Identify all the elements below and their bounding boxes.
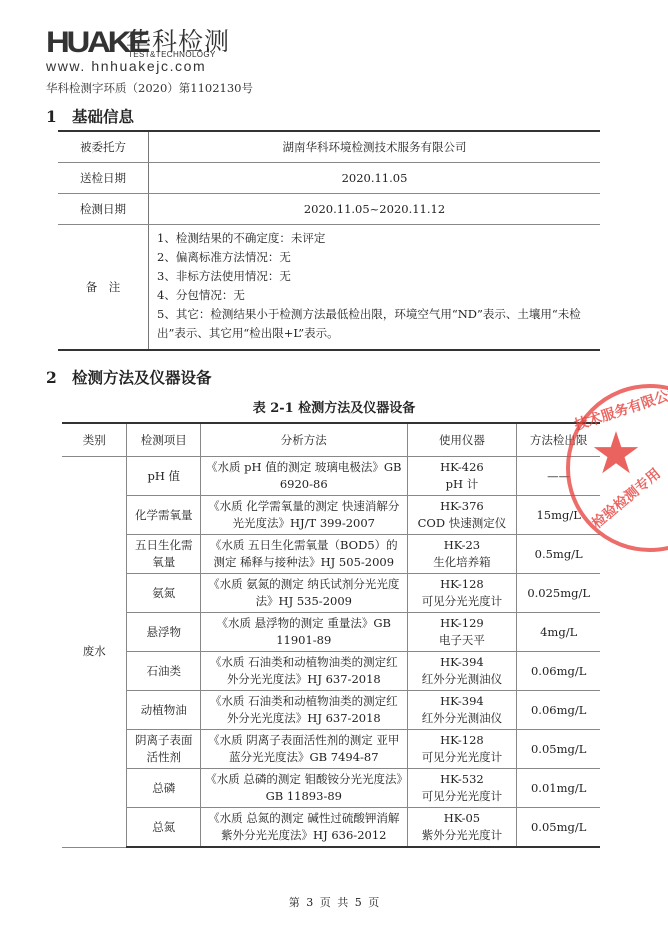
method-cell: 《水质 阴离子表面活性剂的测定 亚甲蓝分光光度法》GB 7494-87 xyxy=(201,730,408,769)
instrument-name: COD 快速测定仪 xyxy=(412,515,513,532)
column-header: 使用仪器 xyxy=(407,423,517,457)
section-number: 1 xyxy=(46,107,72,126)
instrument-id: HK-128 xyxy=(412,732,513,749)
instrument-name: 紫外分光光度计 xyxy=(412,827,513,844)
limit-cell: 0.5mg/L xyxy=(517,535,600,574)
instrument-id: HK-394 xyxy=(412,654,513,671)
item-cell: 氨氮 xyxy=(127,574,201,613)
row-label: 检测日期 xyxy=(58,194,149,225)
item-cell: 动植物油 xyxy=(127,691,201,730)
section-1-heading: 1基础信息 xyxy=(46,105,134,127)
method-cell: 《水质 悬浮物的测定 重量法》GB 11901-89 xyxy=(201,613,408,652)
note-item: 2、偏离标准方法情况：无 xyxy=(157,248,592,267)
instrument-id: HK-05 xyxy=(412,810,513,827)
method-cell: 《水质 石油类和动植物油类的测定红外分光光度法》HJ 637-2018 xyxy=(201,652,408,691)
instrument-name: 可见分光光度计 xyxy=(412,593,513,610)
instrument-cell: HK-128可见分光光度计 xyxy=(407,574,517,613)
method-cell: 《水质 总氮的测定 碱性过硫酸钾消解紫外分光光度法》HJ 636-2012 xyxy=(201,808,408,848)
section-number: 2 xyxy=(46,368,72,387)
instrument-cell: HK-426pH 计 xyxy=(407,457,517,496)
section-title: 检测方法及仪器设备 xyxy=(72,368,212,387)
table-row: 五日生化需氧量 《水质 五日生化需氧量（BOD5）的测定 稀释与接种法》HJ 5… xyxy=(62,535,600,574)
method-cell: 《水质 化学需氧量的测定 快速消解分光光度法》HJ/T 399-2007 xyxy=(201,496,408,535)
instrument-name: pH 计 xyxy=(412,476,513,493)
row-label: 被委托方 xyxy=(58,131,149,163)
instrument-name: 可见分光光度计 xyxy=(412,749,513,766)
limit-cell: 0.025mg/L xyxy=(517,574,600,613)
method-cell: 《水质 氨氮的测定 纳氏试剂分光光度法》HJ 535-2009 xyxy=(201,574,408,613)
method-cell: 《水质 石油类和动植物油类的测定红外分光光度法》HJ 637-2018 xyxy=(201,691,408,730)
limit-cell: 0.06mg/L xyxy=(517,691,600,730)
note-item: 3、非标方法使用情况：无 xyxy=(157,267,592,286)
item-cell: 化学需氧量 xyxy=(127,496,201,535)
table-header-row: 类别 检测项目 分析方法 使用仪器 方法检出限 xyxy=(62,423,600,457)
table-row: 总氮 《水质 总氮的测定 碱性过硫酸钾消解紫外分光光度法》HJ 636-2012… xyxy=(62,808,600,848)
instrument-cell: HK-394红外分光测油仪 xyxy=(407,652,517,691)
website-url: www. hnhuakejc.com xyxy=(46,58,206,74)
note-item: 4、分包情况：无 xyxy=(157,286,592,305)
limit-cell: 0.01mg/L xyxy=(517,769,600,808)
method-cell: 《水质 五日生化需氧量（BOD5）的测定 稀释与接种法》HJ 505-2009 xyxy=(201,535,408,574)
instrument-cell: HK-23生化培养箱 xyxy=(407,535,517,574)
item-cell: 阴离子表面活性剂 xyxy=(127,730,201,769)
table-row: 总磷 《水质 总磷的测定 钼酸铵分光光度法》GB 11893-89 HK-532… xyxy=(62,769,600,808)
method-cell: 《水质 总磷的测定 钼酸铵分光光度法》GB 11893-89 xyxy=(201,769,408,808)
table-row-notes: 备 注 1、检测结果的不确定度：未评定 2、偏离标准方法情况：无 3、非标方法使… xyxy=(58,225,600,351)
instrument-id: HK-426 xyxy=(412,459,513,476)
item-cell: 总磷 xyxy=(127,769,201,808)
instrument-cell: HK-05紫外分光光度计 xyxy=(407,808,517,848)
instrument-cell: HK-129电子天平 xyxy=(407,613,517,652)
star-icon: ★ xyxy=(590,424,642,482)
table-row: 悬浮物 《水质 悬浮物的测定 重量法》GB 11901-89 HK-129电子天… xyxy=(62,613,600,652)
table-row: 氨氮 《水质 氨氮的测定 纳氏试剂分光光度法》HJ 535-2009 HK-12… xyxy=(62,574,600,613)
methods-table: 类别 检测项目 分析方法 使用仪器 方法检出限 废水 pH 值 《水质 pH 值… xyxy=(62,422,600,848)
table-row: 废水 pH 值 《水质 pH 值的测定 玻璃电极法》GB 6920-86 HK-… xyxy=(62,457,600,496)
column-header: 类别 xyxy=(62,423,127,457)
instrument-id: HK-23 xyxy=(412,537,513,554)
instrument-name: 生化培养箱 xyxy=(412,554,513,571)
table-row: 石油类 《水质 石油类和动植物油类的测定红外分光光度法》HJ 637-2018 … xyxy=(62,652,600,691)
limit-cell: 0.05mg/L xyxy=(517,730,600,769)
instrument-cell: HK-532可见分光光度计 xyxy=(407,769,517,808)
notes-label: 备 注 xyxy=(58,225,149,351)
page-number: 第 3 页 共 5 页 xyxy=(0,894,668,910)
note-item: 1、检测结果的不确定度：未评定 xyxy=(157,229,592,248)
row-value: 湖南华科环境检测技术服务有限公司 xyxy=(149,131,601,163)
instrument-name: 红外分光测油仪 xyxy=(412,710,513,727)
table-row: 动植物油 《水质 石油类和动植物油类的测定红外分光光度法》HJ 637-2018… xyxy=(62,691,600,730)
table-row: 检测日期 2020.11.05~2020.11.12 xyxy=(58,194,600,225)
row-label: 送检日期 xyxy=(58,163,149,194)
instrument-name: 可见分光光度计 xyxy=(412,788,513,805)
section-2-heading: 2检测方法及仪器设备 xyxy=(46,366,212,388)
instrument-id: HK-376 xyxy=(412,498,513,515)
limit-cell: 0.05mg/L xyxy=(517,808,600,848)
row-value: 2020.11.05~2020.11.12 xyxy=(149,194,601,225)
instrument-cell: HK-128可见分光光度计 xyxy=(407,730,517,769)
instrument-name: 电子天平 xyxy=(412,632,513,649)
table-caption: 表 2-1 检测方法及仪器设备 xyxy=(0,397,668,416)
column-header: 分析方法 xyxy=(201,423,408,457)
instrument-id: HK-532 xyxy=(412,771,513,788)
column-header: 检测项目 xyxy=(127,423,201,457)
table-row: 化学需氧量 《水质 化学需氧量的测定 快速消解分光光度法》HJ/T 399-20… xyxy=(62,496,600,535)
limit-cell: 0.06mg/L xyxy=(517,652,600,691)
table-row: 送检日期 2020.11.05 xyxy=(58,163,600,194)
row-value: 2020.11.05 xyxy=(149,163,601,194)
table-row: 阴离子表面活性剂 《水质 阴离子表面活性剂的测定 亚甲蓝分光光度法》GB 749… xyxy=(62,730,600,769)
section-title: 基础信息 xyxy=(72,107,134,126)
item-cell: 总氮 xyxy=(127,808,201,848)
item-cell: 悬浮物 xyxy=(127,613,201,652)
basic-info-table: 被委托方 湖南华科环境检测技术服务有限公司 送检日期 2020.11.05 检测… xyxy=(58,130,600,351)
item-cell: 五日生化需氧量 xyxy=(127,535,201,574)
instrument-name: 红外分光测油仪 xyxy=(412,671,513,688)
notes-content: 1、检测结果的不确定度：未评定 2、偏离标准方法情况：无 3、非标方法使用情况：… xyxy=(149,225,601,351)
method-cell: 《水质 pH 值的测定 玻璃电极法》GB 6920-86 xyxy=(201,457,408,496)
instrument-id: HK-129 xyxy=(412,615,513,632)
limit-cell: 4mg/L xyxy=(517,613,600,652)
instrument-cell: HK-394红外分光测油仪 xyxy=(407,691,517,730)
instrument-cell: HK-376COD 快速测定仪 xyxy=(407,496,517,535)
category-cell: 废水 xyxy=(62,457,127,848)
document-number: 华科检测字环质（2020）第1102130号 xyxy=(46,80,253,96)
instrument-id: HK-128 xyxy=(412,576,513,593)
item-cell: pH 值 xyxy=(127,457,201,496)
item-cell: 石油类 xyxy=(127,652,201,691)
table-row: 被委托方 湖南华科环境检测技术服务有限公司 xyxy=(58,131,600,163)
instrument-id: HK-394 xyxy=(412,693,513,710)
note-item: 5、其它：检测结果小于检测方法最低检出限，环境空气用“ND”表示、土壤用“未检出… xyxy=(157,305,592,343)
